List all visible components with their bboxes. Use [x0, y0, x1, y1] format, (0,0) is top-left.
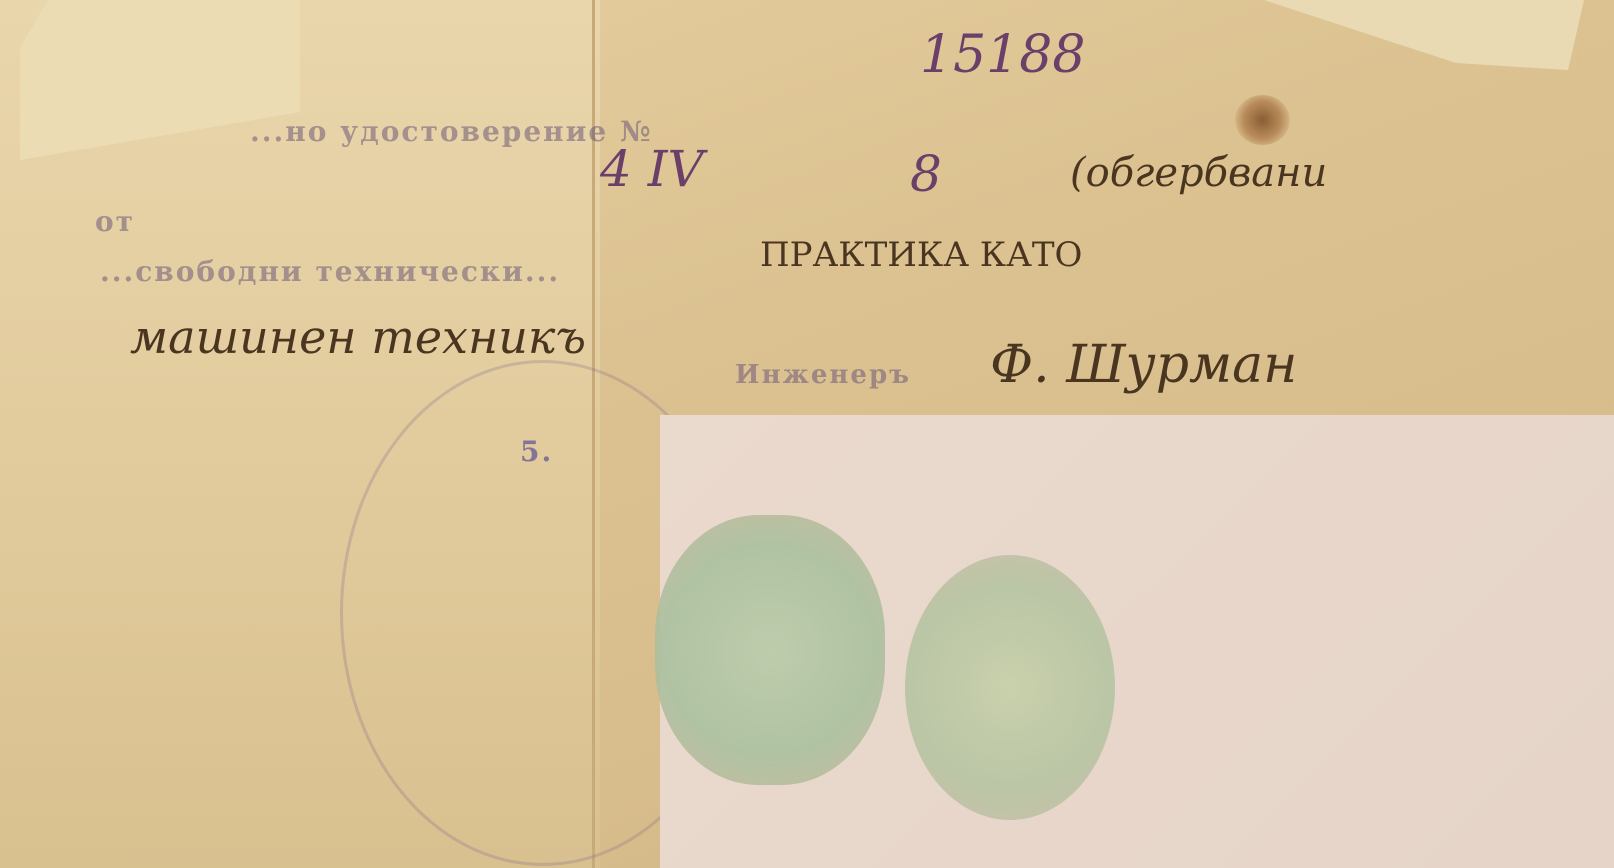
green-stain-2 — [905, 555, 1115, 820]
handwritten-profession: машинен техникъ — [130, 310, 586, 364]
handwritten-number: 15188 — [920, 25, 1085, 85]
handwritten-signature: Ф. Шурман — [990, 335, 1297, 395]
handwritten-practice: ПРАКТИКА КАТО — [760, 235, 1082, 275]
handwritten-number-2: 8 — [910, 145, 942, 203]
stain-spot — [1235, 95, 1290, 145]
green-stain-1 — [655, 515, 885, 785]
printed-line-2: от — [95, 205, 135, 238]
handwritten-date: 4 IV — [600, 140, 704, 198]
stamp-fragment: 5. — [520, 435, 553, 468]
printed-line-4: Инженеръ — [735, 360, 911, 390]
handwritten-word: (обгербвани — [1070, 150, 1327, 196]
printed-line-1: ...но удостоверение № — [250, 115, 652, 148]
printed-line-3: ...свободни технически... — [100, 255, 560, 288]
